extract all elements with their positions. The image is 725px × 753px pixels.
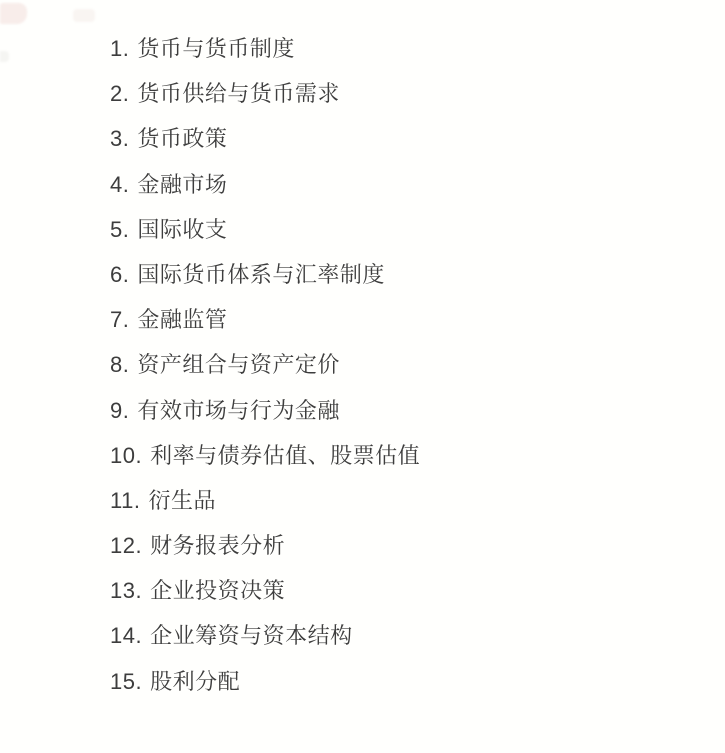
corner-smudge-icon	[0, 3, 27, 24]
item-label: 股利分配	[150, 669, 240, 694]
list-item: 11.衍生品	[110, 478, 725, 523]
item-label: 资产组合与资产定价	[137, 352, 340, 377]
item-label: 金融市场	[137, 172, 227, 197]
list-item: 8.资产组合与资产定价	[110, 342, 725, 387]
item-label: 货币供给与货币需求	[137, 81, 340, 106]
list-item: 5.国际收支	[110, 207, 725, 252]
list-item: 13.企业投资决策	[110, 568, 725, 613]
item-number: 3.	[110, 116, 129, 161]
item-label: 企业筹资与资本结构	[150, 623, 353, 648]
item-label: 衍生品	[148, 488, 216, 513]
item-label: 国际收支	[137, 217, 227, 242]
item-number: 7.	[110, 297, 129, 342]
item-label: 财务报表分析	[150, 533, 285, 558]
item-label: 企业投资决策	[150, 578, 285, 603]
item-number: 4.	[110, 162, 129, 207]
item-number: 15.	[110, 659, 142, 704]
list-item: 12.财务报表分析	[110, 523, 725, 568]
list-item: 9.有效市场与行为金融	[110, 388, 725, 433]
list-item: 10.利率与债券估值、股票估值	[110, 433, 725, 478]
item-label: 有效市场与行为金融	[137, 398, 340, 423]
item-number: 10.	[110, 433, 142, 478]
item-number: 13.	[110, 568, 142, 613]
list-item: 7.金融监管	[110, 297, 725, 342]
item-number: 2.	[110, 71, 129, 116]
item-number: 11.	[110, 478, 140, 523]
item-number: 6.	[110, 252, 129, 297]
list-item: 4.金融市场	[110, 162, 725, 207]
item-label: 利率与债券估值、股票估值	[150, 443, 420, 468]
item-number: 12.	[110, 523, 142, 568]
list-item: 3.货币政策	[110, 116, 725, 161]
corner-smudge-icon	[73, 9, 95, 22]
list-item: 15.股利分配	[110, 659, 725, 704]
item-number: 5.	[110, 207, 129, 252]
list-item: 14.企业筹资与资本结构	[110, 613, 725, 658]
item-number: 1.	[110, 26, 129, 71]
list-item: 6.国际货币体系与汇率制度	[110, 252, 725, 297]
item-label: 国际货币体系与汇率制度	[137, 262, 385, 287]
item-number: 14.	[110, 613, 142, 658]
item-number: 8.	[110, 342, 129, 387]
topic-list: 1.货币与货币制度 2.货币供给与货币需求 3.货币政策 4.金融市场 5.国际…	[0, 26, 725, 704]
list-item: 2.货币供给与货币需求	[110, 71, 725, 116]
list-item: 1.货币与货币制度	[110, 26, 725, 71]
item-label: 货币政策	[137, 126, 227, 151]
item-label: 金融监管	[137, 307, 227, 332]
item-label: 货币与货币制度	[137, 36, 295, 61]
item-number: 9.	[110, 388, 129, 433]
